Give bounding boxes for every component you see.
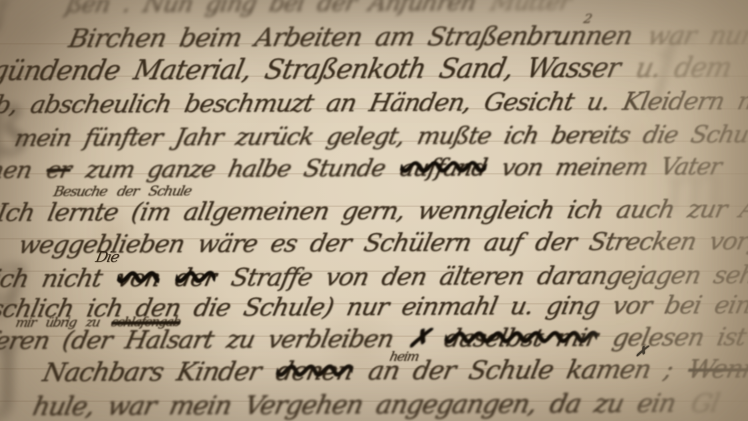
manuscript-photo: ßen . Nun ging bei der Anfuhren Mutter 2… [0, 0, 748, 421]
vignette-overlay [0, 0, 748, 421]
